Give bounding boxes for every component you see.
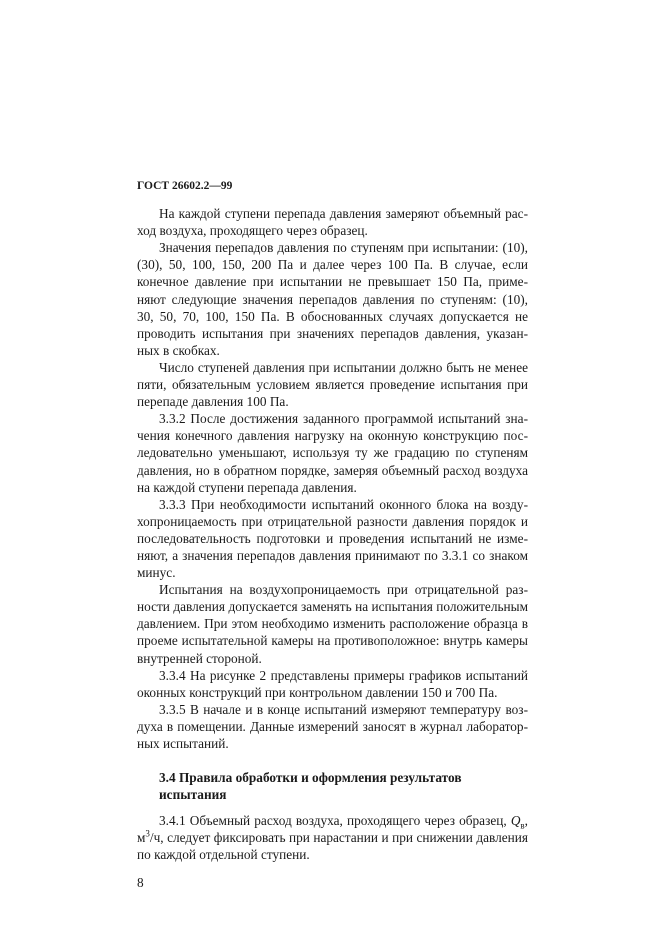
paragraph: 3.3.3 При необходимости испытаний оконно… <box>137 496 528 581</box>
paragraph: 3.3.2 После достижения заданного програм… <box>137 410 528 495</box>
paragraph: На каждой ступени перепада давления заме… <box>137 205 528 239</box>
page-number: 8 <box>137 874 528 891</box>
paragraph: Испытания на воздухопроницаемость при от… <box>137 581 528 666</box>
paragraph: 3.3.5 В начале и в конце испытаний измер… <box>137 701 528 752</box>
q-symbol: Q <box>511 813 521 828</box>
section-title: 3.4 Правила обработки и оформления резул… <box>137 769 528 803</box>
paragraph: 3.3.4 На рисунке 2 представлены примеры … <box>137 667 528 701</box>
paragraph-with-formula: 3.4.1 Объемный расход воздуха, проходяще… <box>137 812 528 863</box>
document-header: ГОСТ 26602.2—99 <box>137 178 528 195</box>
text: /ч, следует фиксировать при нарастании и… <box>137 830 528 862</box>
paragraph: Число ступеней давления при испытании до… <box>137 359 528 410</box>
paragraph: Значения перепадов давления по ступеням … <box>137 239 528 359</box>
document-page: ГОСТ 26602.2—99 На каждой ступени перепа… <box>137 178 528 891</box>
text: 3.4.1 Объемный расход воздуха, проходяще… <box>159 813 511 828</box>
